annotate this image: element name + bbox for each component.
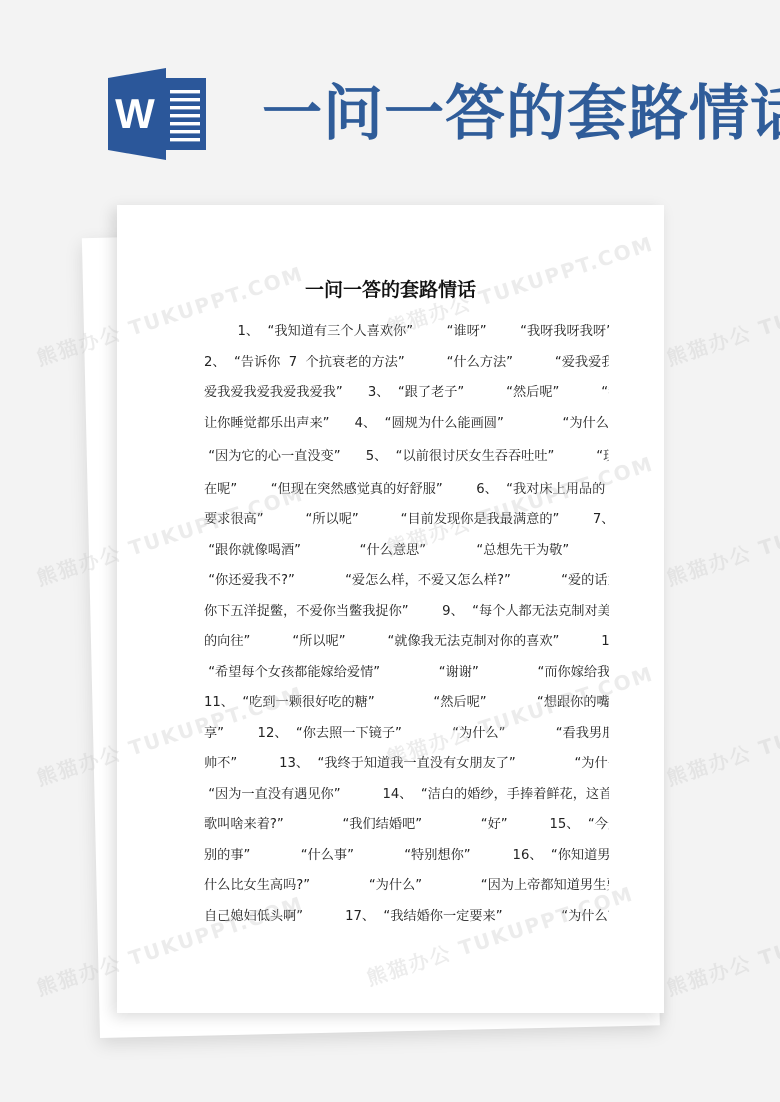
watermark: 熊猫办公 TUKUPPT.COM — [662, 678, 780, 792]
text-line: 要求很高” “所以呢” “目前发现你是我最满意的” 7、 — [204, 505, 609, 536]
text-line: 2、 “告诉你 7 个抗衰老的方法” “什么方法” “爱我爱我 — [204, 348, 609, 379]
text-line: 帅不” 13、 “我终于知道我一直没有女朋友了” “为什么” — [204, 749, 609, 780]
text-line: 歌叫啥来着?” “我们结婚吧” “好” 15、 “今天有件特 — [204, 810, 609, 841]
text-line: 别的事” “什么事” “特别想你” 16、 “你知道男生为 — [204, 841, 609, 872]
text-line: 自己媳妇低头啊” 17、 “我结婚你一定要来” “为什么?” — [204, 902, 609, 933]
text-line: 的向往” “所以呢” “就像我无法克制对你的喜欢” 10、 — [204, 627, 609, 658]
word-document-icon: W — [108, 68, 208, 160]
watermark: 熊猫办公 TUKUPPT.COM — [662, 478, 780, 592]
text-line: “希望每个女孩都能嫁给爱情” “谢谢” “而你嫁给我” — [204, 658, 609, 689]
text-line: “因为它的心一直没变” 5、 “以前很讨厌女生吞吞吐吐” “现 — [204, 439, 609, 472]
banner: W 一问一答的套路情话 — [0, 0, 780, 190]
text-line: “因为一直没有遇见你” 14、 “洁白的婚纱，手捧着鲜花，这首 — [204, 780, 609, 811]
text-line: 让你睡觉都乐出声来” 4、 “圆规为什么能画圆” “为什么” — [204, 409, 609, 440]
document-title: 一问一答的套路情话 — [117, 275, 664, 302]
text-line: 什么比女生高吗?” “为什么” “因为上帝都知道男生要向 — [204, 871, 609, 902]
document-page: 一问一答的套路情话 1、 “我知道有三个人喜欢你” “谁呀” “我呀我呀我呀” … — [117, 205, 664, 1013]
text-line: 你下五洋捉鳖，不爱你当鳖我捉你” 9、 “每个人都无法克制对美 — [204, 597, 609, 628]
text-line: 爱我爱我爱我爱我爱我” 3、 “跟了老子” “然后呢” “我 — [204, 378, 609, 409]
text-line: “跟你就像喝酒” “什么意思” “总想先干为敬” 8、 — [204, 536, 609, 567]
text-line: “你还爱我不?” “爱怎么样，不爱又怎么样?” “爱的话为 — [204, 566, 609, 597]
banner-title: 一问一答的套路情话 — [262, 74, 780, 154]
text-line: 11、 “吃到一颗很好吃的糖” “然后呢” “想跟你的嘴巴分 — [204, 688, 609, 719]
watermark: 熊猫办公 TUKUPPT.COM — [662, 888, 780, 1002]
document-body: 1、 “我知道有三个人喜欢你” “谁呀” “我呀我呀我呀” 2、 “告诉你 7 … — [204, 317, 609, 932]
svg-text:W: W — [115, 90, 155, 137]
text-line: 享” 12、 “你去照一下镜子” “为什么” “看我男朋友 — [204, 719, 609, 750]
watermark: 熊猫办公 TUKUPPT.COM — [662, 258, 780, 372]
text-line: 1、 “我知道有三个人喜欢你” “谁呀” “我呀我呀我呀” — [204, 317, 609, 348]
text-line: 在呢” “但现在突然感觉真的好舒服” 6、 “我对床上用品的 — [204, 472, 609, 505]
